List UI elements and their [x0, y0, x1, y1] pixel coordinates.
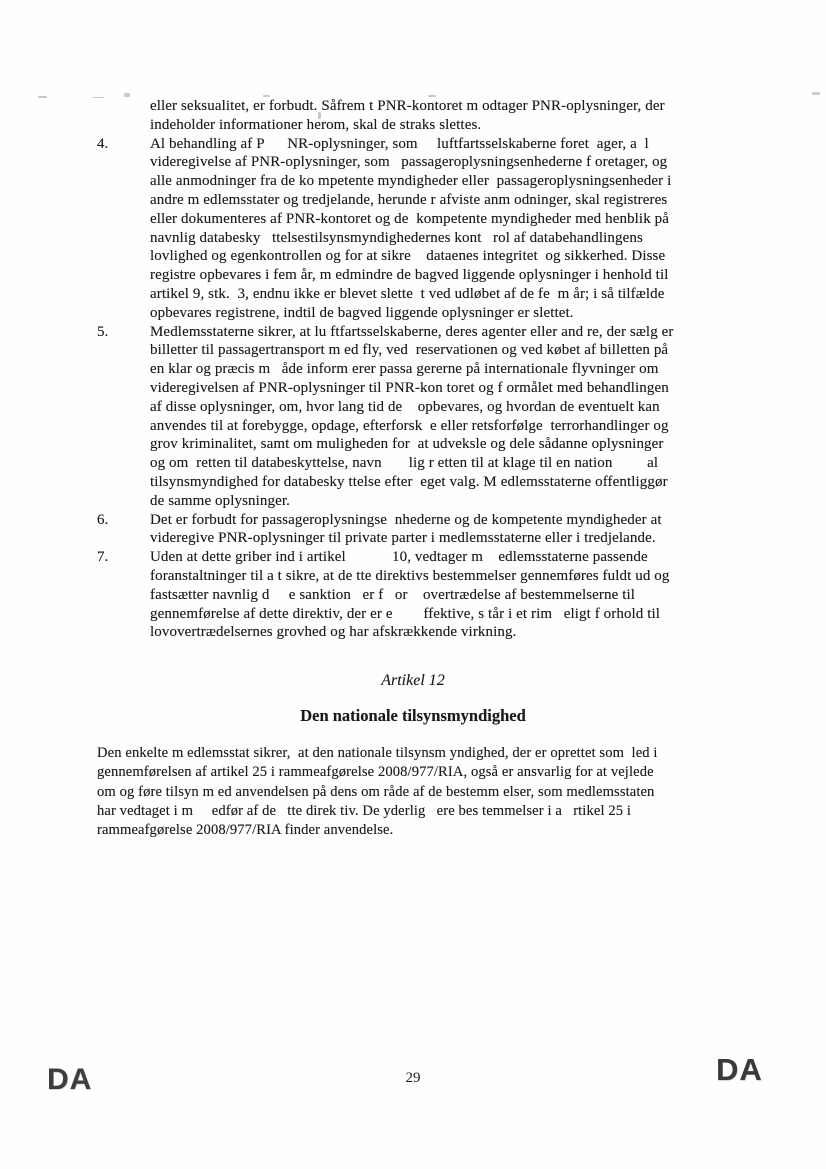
text-line: registre opbevares i fem år, m edmindre … — [150, 266, 826, 285]
numbered-items: 4. Al behandling af P NR-oplysninger, so… — [0, 135, 826, 643]
text-line: gennemførelsen af artikel 25 i rammeafgø… — [97, 763, 826, 782]
numbered-item: 4. Al behandling af P NR-oplysninger, so… — [97, 135, 826, 323]
text-line: Medlemsstaterne sikrer, at lu ftfartssel… — [150, 323, 826, 342]
item-number: 4. — [97, 135, 108, 154]
numbered-item: 7. Uden at dette griber ind i artikel 10… — [97, 548, 826, 642]
text-line: navnlig databesky ttelsestilsynsmyndighe… — [150, 229, 826, 248]
page-content: eller seksualitet, er forbudt. Såfrem t … — [0, 0, 826, 841]
item-text: Medlemsstaterne sikrer, at lu ftfartssel… — [150, 323, 826, 511]
text-line: videregivelsen af PNR-oplysninger til PN… — [150, 379, 826, 398]
text-line: opbevares registrene, indtil de bagved l… — [150, 304, 826, 323]
numbered-item: 5. Medlemsstaterne sikrer, at lu ftfarts… — [97, 323, 826, 511]
item-text: Al behandling af P NR-oplysninger, som l… — [150, 135, 826, 323]
text-line: de samme oplysninger. — [150, 492, 826, 511]
text-line: billetter til passagertransport m ed fly… — [150, 341, 826, 360]
text-line: gennemførelse af dette direktiv, der er … — [150, 605, 826, 624]
text-line: grov kriminalitet, samt om muligheden fo… — [150, 435, 826, 454]
text-line: tilsynsmyndighed for databesky ttelse ef… — [150, 473, 826, 492]
closing-paragraph: Den enkelte m edlemsstat sikrer, at den … — [97, 744, 826, 840]
text-line: og om retten til databeskyttelse, navn l… — [150, 454, 826, 473]
text-line: videregivelse af PNR-oplysninger, som pa… — [150, 153, 826, 172]
text-line: anvendes til at forebygge, opdage, efter… — [150, 417, 826, 436]
text-line: eller seksualitet, er forbudt. Såfrem t … — [150, 97, 826, 116]
item-text: Uden at dette griber ind i artikel 10, v… — [150, 548, 826, 642]
text-line: artikel 9, stk. 3, endnu ikke er blevet … — [150, 285, 826, 304]
item-text: Det er forbudt for passageroplysningse n… — [150, 511, 826, 549]
text-line: en klar og præcis m åde inform erer pass… — [150, 360, 826, 379]
text-line: lovovertrædelsernes grovhed og har afskr… — [150, 623, 826, 642]
numbered-item: 6. Det er forbudt for passageroplysnings… — [97, 511, 826, 549]
text-line: eller dokumenteres af PNR-kontoret og de… — [150, 210, 826, 229]
text-line: lovlighed og egenkontrollen og for at si… — [150, 247, 826, 266]
item-number: 5. — [97, 323, 108, 342]
text-line: Uden at dette griber ind i artikel 10, v… — [150, 548, 826, 567]
article-title: Den nationale tilsynsmyndighed — [0, 706, 826, 726]
text-line: alle anmodninger fra de ko mpetente mynd… — [150, 172, 826, 191]
text-line: fastsætter navnlig d e sanktion er f or … — [150, 586, 826, 605]
text-line: andre m edlemsstater og tredjelande, her… — [150, 191, 826, 210]
text-line: indeholder informationer herom, skal de … — [150, 116, 826, 135]
text-line: foranstaltninger til a t sikre, at de tt… — [150, 567, 826, 586]
article-heading: Artikel 12 — [0, 671, 826, 690]
text-line: videregive PNR-oplysninger til private p… — [150, 529, 826, 548]
item-number: 7. — [97, 548, 108, 567]
item-number: 6. — [97, 511, 108, 530]
text-line: har vedtaget i m edfør af de tte direk t… — [97, 802, 826, 821]
text-line: rammeafgørelse 2008/977/RIA finder anven… — [97, 821, 826, 840]
text-line: Det er forbudt for passageroplysningse n… — [150, 511, 826, 530]
text-line: om og føre tilsyn m ed anvendelsen på de… — [97, 783, 826, 802]
text-line: Al behandling af P NR-oplysninger, som l… — [150, 135, 826, 154]
text-line: af disse oplysninger, om, hvor lang tid … — [150, 398, 826, 417]
page-number: 29 — [0, 1070, 826, 1087]
language-code-right: DA — [716, 1052, 763, 1088]
text-line: Den enkelte m edlemsstat sikrer, at den … — [97, 744, 826, 763]
intro-paragraph: eller seksualitet, er forbudt. Såfrem t … — [150, 97, 826, 135]
document-page: eller seksualitet, er forbudt. Såfrem t … — [0, 0, 826, 1169]
